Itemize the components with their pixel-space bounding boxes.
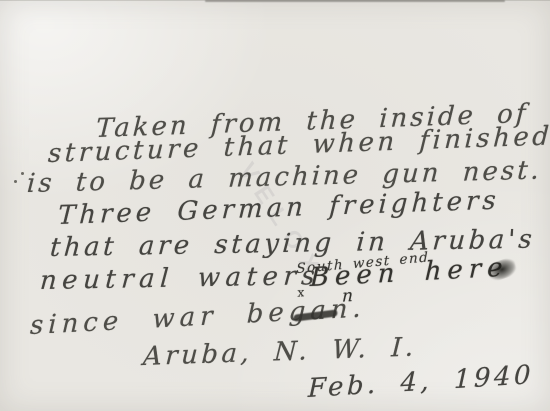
scan-edge-dark-segment [205,0,505,2]
stray-pencil-dot [21,172,24,175]
line-7-punctuation: . [352,293,366,324]
stray-pencil-dot [14,180,17,183]
line-6a-text: neutral waters [39,261,321,296]
handwriting-line-6a: neutral waters [39,259,322,298]
photo-back-paper: VELOX Taken from the inside of structure… [0,0,550,411]
corrected-word-began: begann [246,292,353,332]
line-7-start-text: since war [29,301,218,341]
handwriting-line-6b: x South west end Been here [309,250,516,295]
location-text: Aruba, N. W. I. [142,332,417,372]
superscript-correction-letter: n [341,279,353,314]
